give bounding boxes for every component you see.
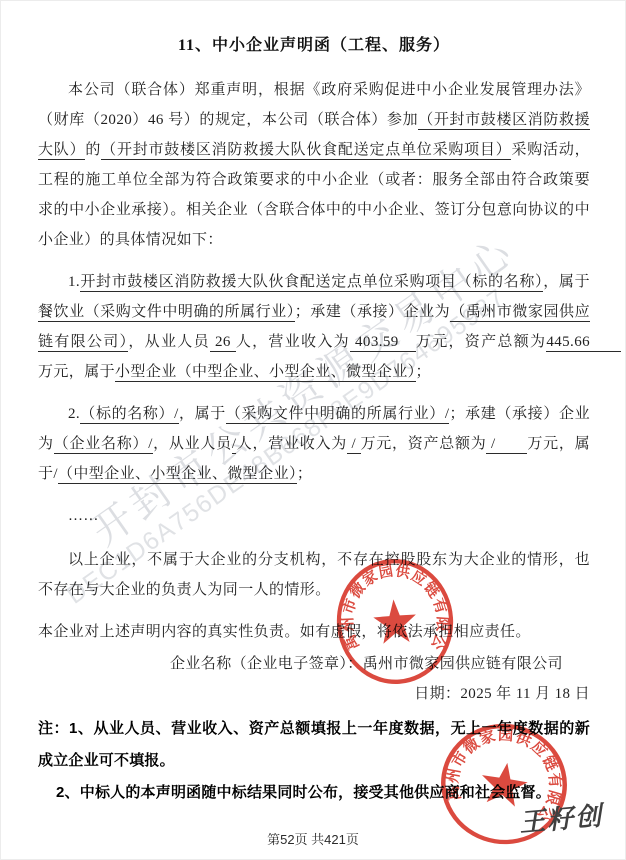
text-run: 本企业对上述声明内容的真实性负责。如有虚假，将依法承担相应责任。 bbox=[38, 624, 531, 640]
item-1-paragraph: 1.开封市鼓楼区消防救援大队伙食配送定点单位采购项目（标的名称），属于餐饮业（采… bbox=[38, 267, 590, 387]
filled-value: / bbox=[347, 436, 361, 454]
text-run: 人，营业收入为 bbox=[236, 436, 347, 452]
filled-value: 小型企业（中型企业、小型企业、微型企业） bbox=[115, 364, 416, 382]
seal-star bbox=[372, 598, 418, 645]
large-enterprise-clause: 以上企业，不属于大企业的分支机构，不存在控股股东为大企业的情形，也不存在与大企业… bbox=[38, 545, 590, 605]
text-run: ；承建（承接）企业为 bbox=[295, 304, 450, 320]
filled-value: 403.59 bbox=[350, 334, 416, 352]
filled-value: （标的名称）/ bbox=[80, 406, 179, 424]
text-run: ； bbox=[297, 466, 312, 482]
text-run: ，从业人员 bbox=[153, 436, 232, 452]
text-run: 万元，属于 bbox=[38, 364, 115, 380]
document-page: 开封市公共资源交易中心 DEC1D6A756DE48B668F8E9D76469… bbox=[0, 0, 626, 860]
text-run: ，从业人员 bbox=[128, 334, 210, 350]
filled-value: （企业名称）/ bbox=[54, 436, 153, 454]
filled-value: （中型企业、小型企业、微型企业） bbox=[58, 466, 297, 484]
handwritten-signature: 王籽创 bbox=[518, 795, 605, 839]
responsibility-statement: 本企业对上述声明内容的真实性负责。如有虚假，将依法承担相应责任。 bbox=[38, 617, 590, 647]
filled-value: （开封市鼓楼区消防救援大队伙食配送定点单位采购项目） bbox=[101, 142, 511, 160]
filled-value: / bbox=[486, 436, 527, 454]
seal-star bbox=[478, 759, 530, 808]
text-run: 以上企业，不属于大企业的分支机构，不存在控股股东为大企业的情形，也不存在与大企业… bbox=[38, 552, 590, 598]
filled-value: 餐饮业（采购文件中明确的所属行业） bbox=[38, 304, 295, 322]
text-run: 万元，资产总额为 bbox=[416, 334, 546, 350]
text-run: ，属于 bbox=[543, 274, 590, 290]
text-run: 人，营业收入为 bbox=[236, 334, 350, 350]
text-run: …… bbox=[68, 508, 99, 524]
text-run: 的 bbox=[85, 142, 101, 158]
filled-value: （采购文件中明确的所属行业）/ bbox=[226, 406, 450, 424]
ellipsis-paragraph: …… bbox=[38, 501, 590, 531]
text-run: 日期：2025 年 11 月 18 日 bbox=[414, 686, 590, 702]
text-run: ； bbox=[416, 364, 431, 380]
text-run: 万元，资产总额为 bbox=[361, 436, 487, 452]
item-2-paragraph: 2.（标的名称）/，属于（采购文件中明确的所属行业）/；承建（承接）企业为（企业… bbox=[38, 399, 590, 489]
filled-value: 26 bbox=[210, 334, 236, 352]
intro-paragraph: 本公司（联合体）郑重声明，根据《政府采购促进中小企业发展管理办法》（财库（202… bbox=[38, 75, 590, 255]
company-seal-stamp-1: 禹州市微家园供应链有限公司 bbox=[332, 554, 459, 689]
text-run: 1. bbox=[68, 274, 80, 290]
filled-value: 445.66 bbox=[546, 334, 620, 352]
company-signature-line: 企业名称（企业电子签章）：禹州市微家园供应链有限公司 bbox=[38, 649, 590, 679]
text-run: 2. bbox=[68, 406, 80, 422]
document-content: 11、中小企业声明函（工程、服务） 本公司（联合体）郑重声明，根据《政府采购促进… bbox=[0, 0, 626, 809]
text-run: ，属于 bbox=[179, 406, 226, 422]
document-title: 11、中小企业声明函（工程、服务） bbox=[38, 32, 590, 55]
filled-value: 开封市鼓楼区消防救援大队伙食配送定点单位采购项目（标的名称） bbox=[80, 274, 543, 292]
date-line: 日期：2025 年 11 月 18 日 bbox=[38, 679, 590, 709]
